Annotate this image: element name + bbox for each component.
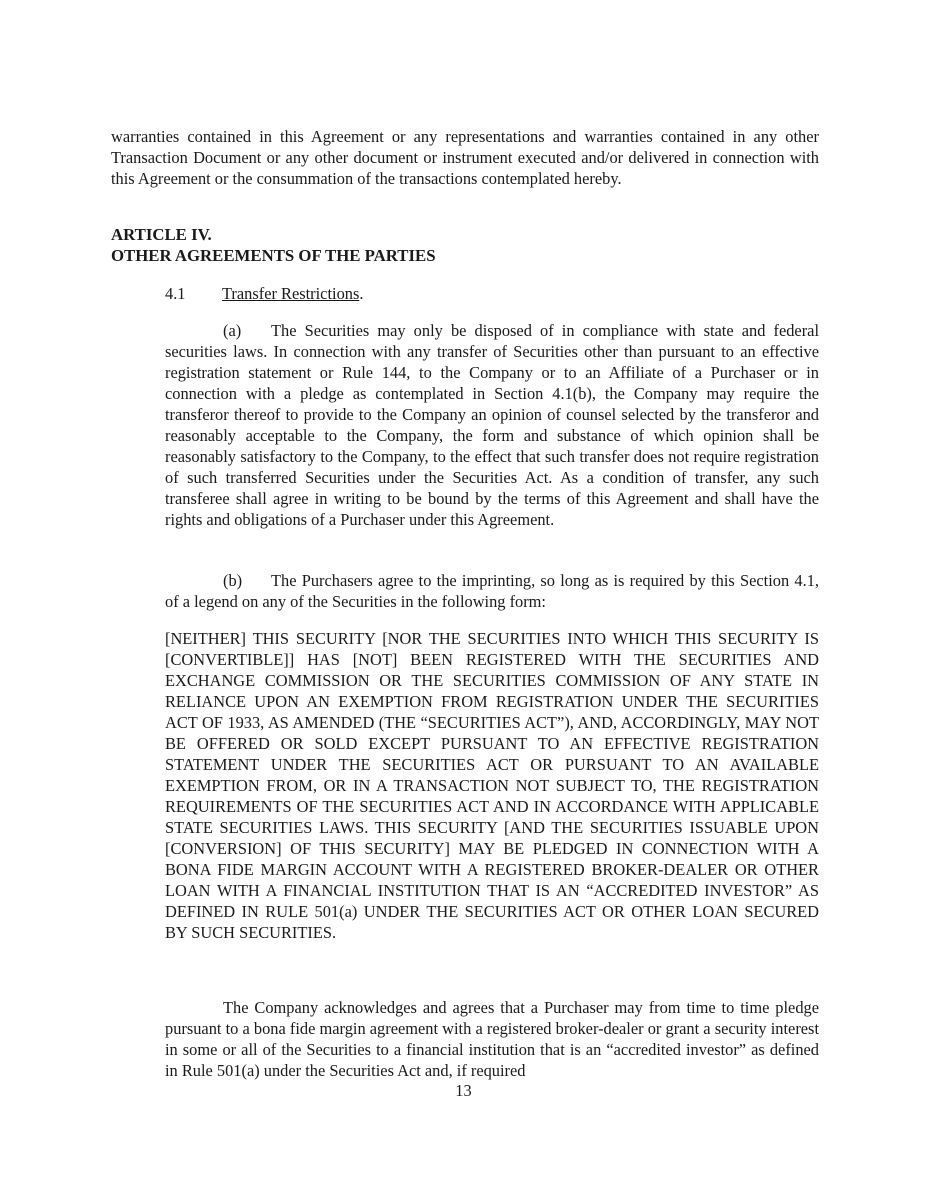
subsection-a-label: (a) bbox=[223, 320, 271, 341]
subsection-b: (b)The Purchasers agree to the imprintin… bbox=[165, 570, 819, 612]
article-title: ARTICLE IV. bbox=[111, 224, 819, 245]
section-title-period: . bbox=[359, 284, 363, 303]
document-page: warranties contained in this Agreement o… bbox=[0, 0, 927, 1197]
section-heading: 4.1Transfer Restrictions. bbox=[165, 283, 765, 304]
article-subtitle: OTHER AGREEMENTS OF THE PARTIES bbox=[111, 245, 819, 266]
closing-paragraph: The Company acknowledges and agrees that… bbox=[165, 997, 819, 1081]
subsection-a-text: The Securities may only be disposed of i… bbox=[165, 321, 819, 529]
section-number: 4.1 bbox=[165, 283, 222, 304]
continuation-paragraph: warranties contained in this Agreement o… bbox=[111, 126, 819, 189]
section-title: Transfer Restrictions bbox=[222, 284, 359, 303]
page-number: 13 bbox=[0, 1081, 927, 1101]
subsection-b-label: (b) bbox=[223, 570, 271, 591]
subsection-a: (a)The Securities may only be disposed o… bbox=[165, 320, 819, 530]
restrictive-legend: [NEITHER] THIS SECURITY [NOR THE SECURIT… bbox=[165, 628, 819, 943]
